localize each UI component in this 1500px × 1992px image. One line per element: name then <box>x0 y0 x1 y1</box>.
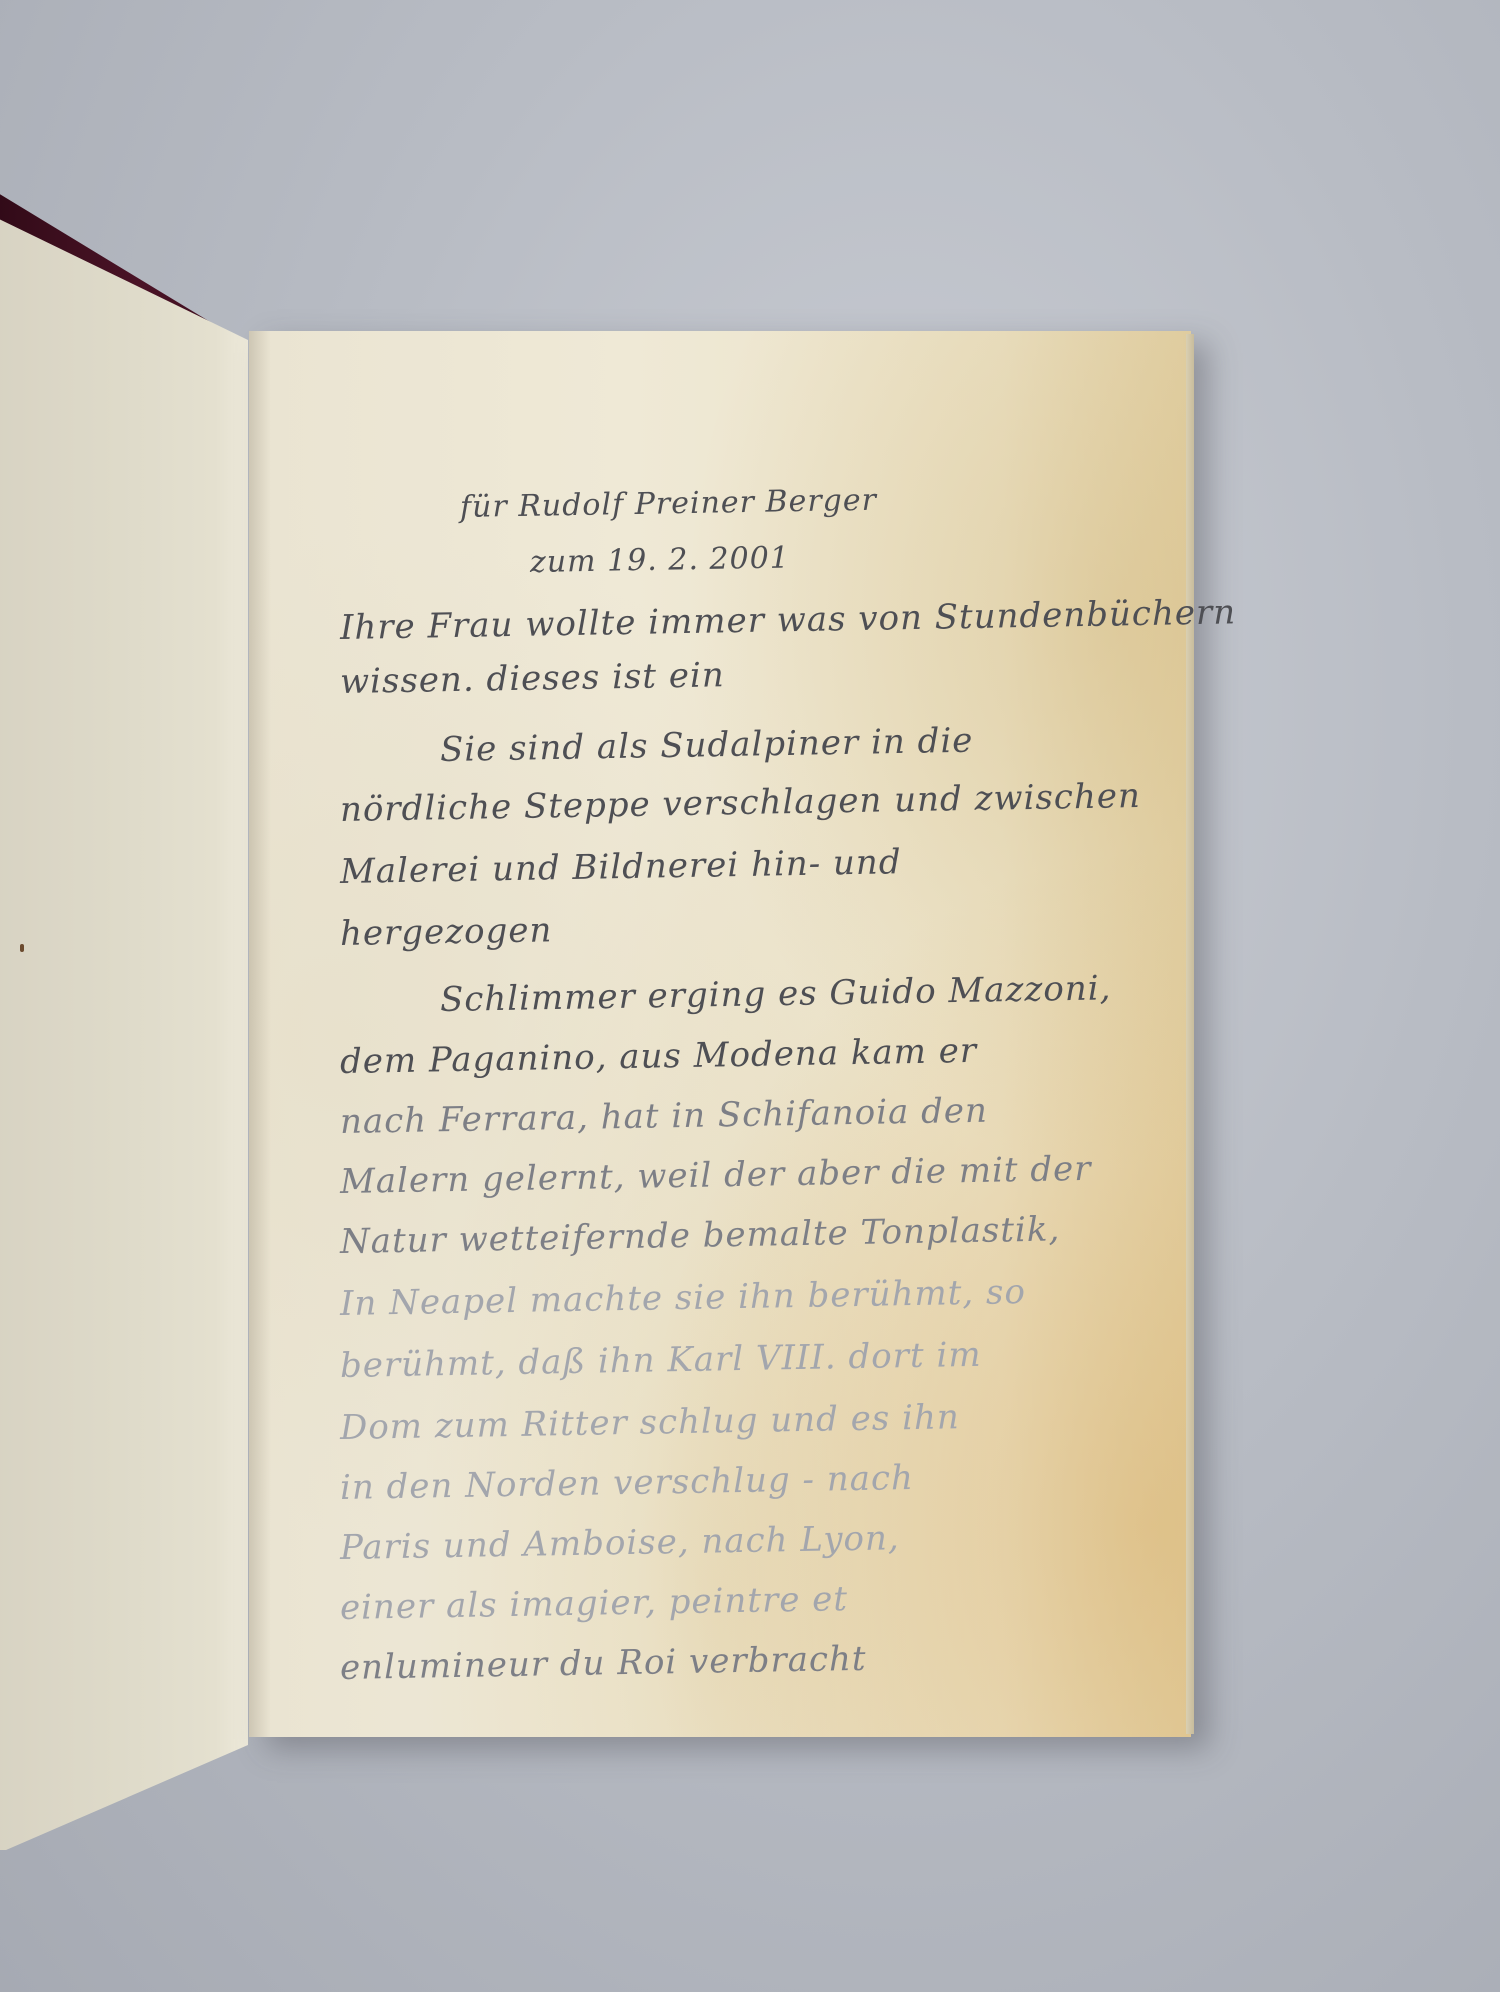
gutter-shadow <box>249 331 271 1737</box>
paper-spot <box>20 944 24 952</box>
page-block-edge <box>1186 334 1194 1734</box>
dedication-recipient: für Rudolf Preiner Berger <box>460 483 878 525</box>
inscription-line: wissen. dieses ist ein <box>340 655 725 702</box>
left-endpaper <box>0 170 250 1850</box>
photo-scene: für Rudolf Preiner Berger zum 19. 2. 200… <box>0 0 1500 1992</box>
inscription-line: hergezogen <box>340 910 553 954</box>
dedication-date: zum 19. 2. 2001 <box>530 540 790 580</box>
